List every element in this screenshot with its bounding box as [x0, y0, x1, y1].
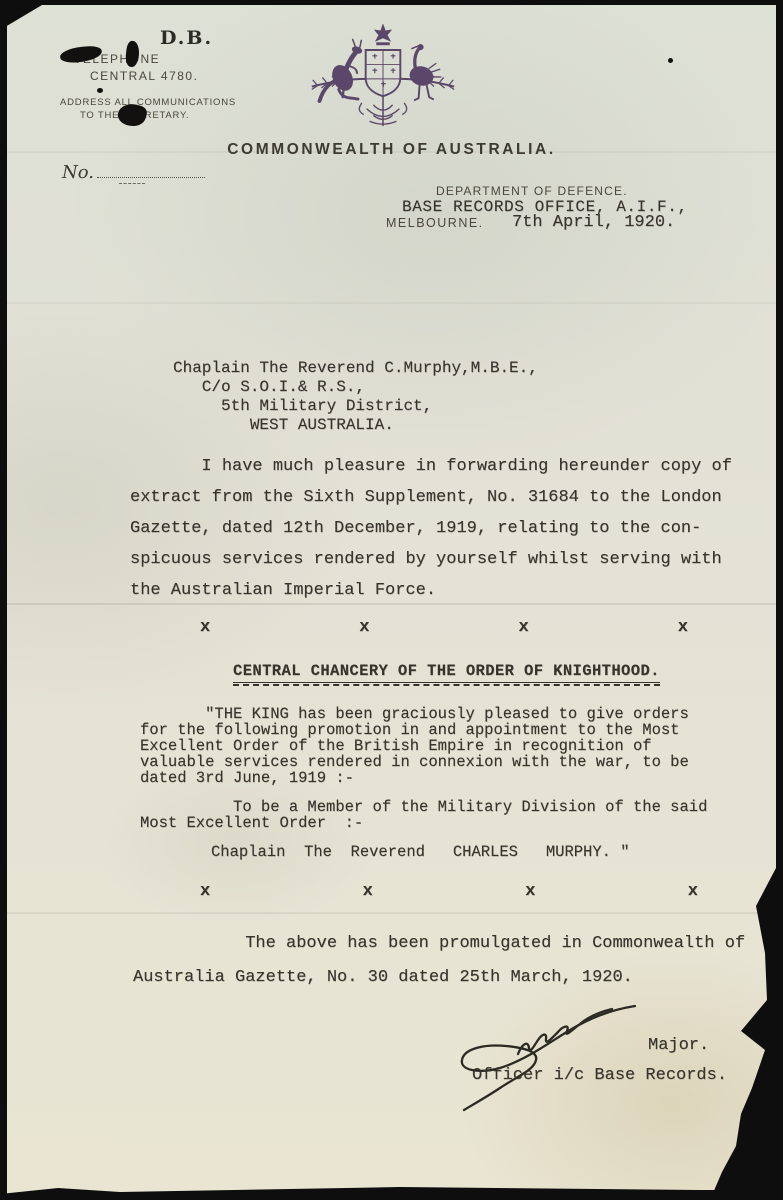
- separator-row: x x x x: [200, 618, 688, 637]
- letterhead-title: COMMONWEALTH OF AUSTRALIA.: [0, 141, 783, 159]
- body-line: spicuous services rendered by yourself w…: [130, 544, 732, 575]
- separator-x: x: [363, 882, 373, 901]
- number-subdash: [119, 183, 145, 186]
- recipient-line: Chaplain The Reverend C.Murphy,M.B.E.,: [173, 359, 538, 378]
- recipient-address: Chaplain The Reverend C.Murphy,M.B.E., C…: [173, 359, 538, 435]
- quote-line: "THE KING has been graciously pleased to…: [140, 706, 689, 722]
- separator-x: x: [688, 882, 698, 901]
- member-line: Most Excellent Order :-: [140, 815, 707, 831]
- quote-line: for the following promotion in and appoi…: [140, 722, 689, 738]
- quote-line: Excellent Order of the British Empire in…: [140, 738, 689, 754]
- scanned-letter: D.B.: [0, 0, 783, 1200]
- separator-row: x x x x: [200, 882, 698, 901]
- body-line: Gazette, dated 12th December, 1919, rela…: [130, 513, 732, 544]
- member-clause: To be a Member of the Military Division …: [140, 799, 707, 831]
- body-line: I have much pleasure in forwarding hereu…: [130, 451, 732, 482]
- separator-x: x: [359, 618, 369, 637]
- separator-x: x: [200, 618, 210, 637]
- body-line: the Australian Imperial Force.: [130, 575, 732, 606]
- honoree-name-line: Chaplain The Reverend CHARLES MURPHY. ": [211, 843, 630, 861]
- recipient-line: C/o S.O.I.& R.S.,: [173, 378, 538, 397]
- telephone-number: CENTRAL 4780.: [90, 69, 198, 83]
- separator-x: x: [200, 882, 210, 901]
- date-line: 7th April, 1920.: [512, 213, 675, 232]
- gazette-heading: CENTRAL CHANCERY OF THE ORDER OF KNIGHTH…: [233, 662, 660, 683]
- communications-note-line1: ADDRESS ALL COMMUNICATIONS: [60, 97, 236, 108]
- gazette-quote: "THE KING has been graciously pleased to…: [140, 706, 689, 786]
- closing-line: Australia Gazette, No. 30 dated 25th Mar…: [133, 961, 745, 995]
- communications-note-line2: TO THE SECRETARY.: [80, 110, 189, 121]
- separator-x: x: [678, 618, 688, 637]
- city-line: MELBOURNE.: [386, 216, 484, 230]
- recipient-line: 5th Military District,: [173, 397, 538, 416]
- recipient-line: WEST AUSTRALIA.: [173, 416, 538, 435]
- separator-x: x: [525, 882, 535, 901]
- closing-paragraph: The above has been promulgated in Common…: [133, 927, 745, 995]
- number-field: No.: [62, 160, 205, 183]
- signature-office: Officer i/c Base Records.: [472, 1066, 727, 1085]
- gazette-heading-wrap: CENTRAL CHANCERY OF THE ORDER OF KNIGHTH…: [233, 662, 660, 686]
- member-line: To be a Member of the Military Division …: [140, 799, 707, 815]
- department-line: DEPARTMENT OF DEFENCE.: [436, 184, 628, 198]
- body-line: extract from the Sixth Supplement, No. 3…: [130, 482, 732, 513]
- number-rule: [97, 160, 205, 178]
- quote-line: valuable services rendered in connexion …: [140, 754, 689, 770]
- handwritten-initials: D.B.: [160, 27, 213, 49]
- number-label: No.: [62, 162, 94, 183]
- opening-paragraph: I have much pleasure in forwarding hereu…: [130, 451, 732, 606]
- quote-line: dated 3rd June, 1919 :-: [140, 770, 689, 786]
- telephone-label: TELEPHONE: [74, 52, 160, 66]
- closing-line: The above has been promulgated in Common…: [133, 927, 745, 961]
- separator-x: x: [519, 618, 529, 637]
- signature-rank: Major.: [648, 1036, 709, 1055]
